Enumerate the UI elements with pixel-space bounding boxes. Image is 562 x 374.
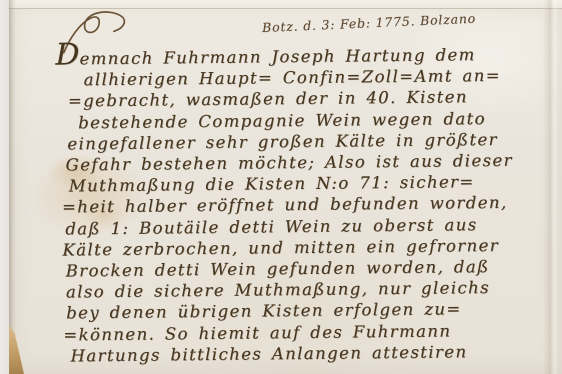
manuscript-page: Botz. d. 3: Feb: 1775. Bolzano Demnach F… [9,0,562,374]
manuscript-line: Hartungs bittliches Anlangen attestiren [70,340,556,366]
left-fold-crease [9,0,16,374]
bottom-left-page-corner [9,322,24,374]
page-top-edge [9,0,562,9]
body-text: Demnach Fuhrmann Joseph Hartung dem allh… [53,39,556,366]
dateline: Botz. d. 3: Feb: 1775. Bolzano [262,10,492,35]
manuscript-photo: Botz. d. 3: Feb: 1775. Bolzano Demnach F… [0,0,562,374]
